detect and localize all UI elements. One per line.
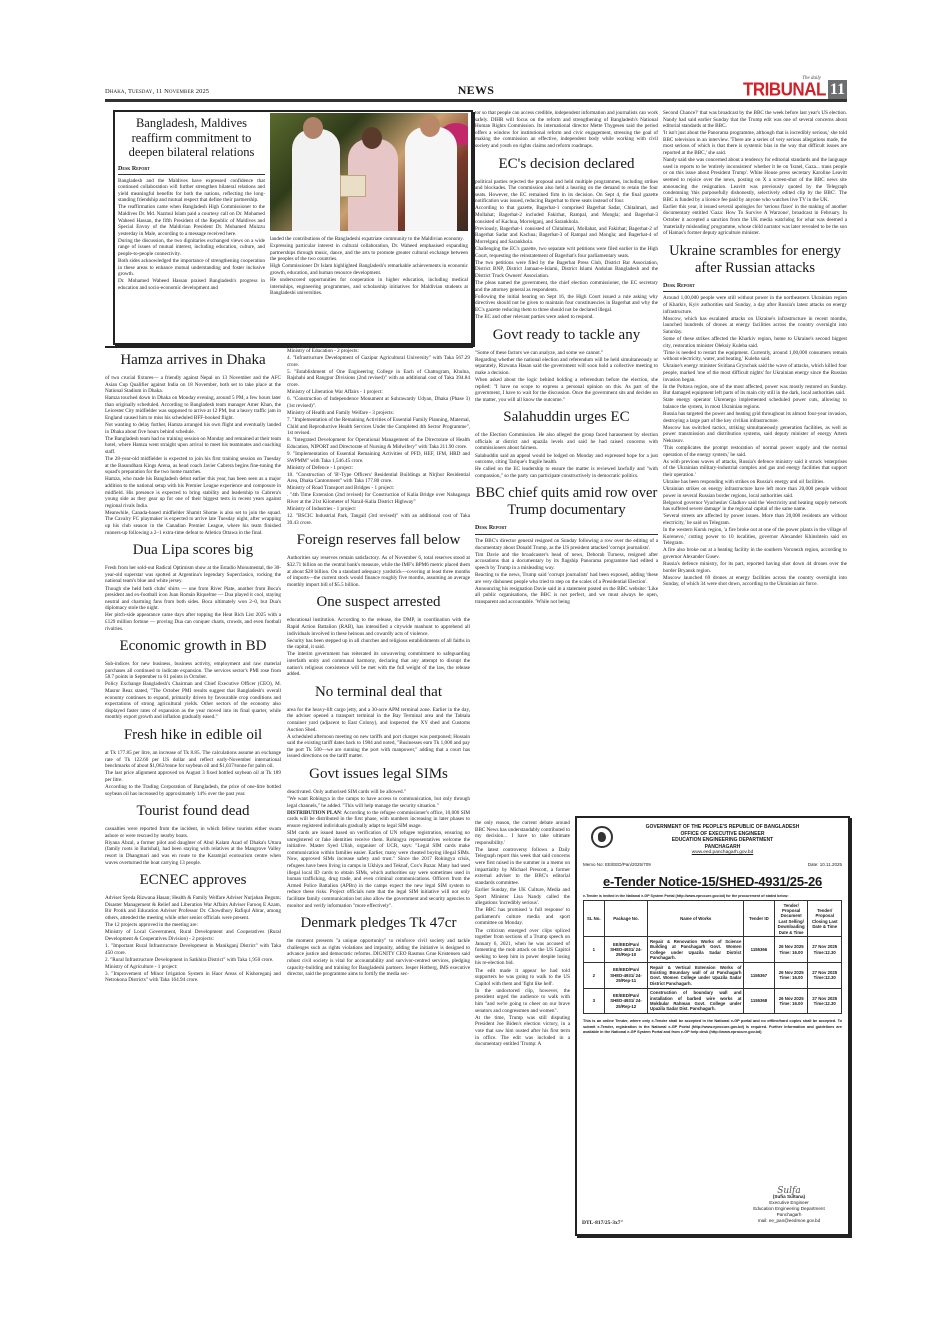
paragraph: Announcing his resignation Davie said in… [475,586,658,606]
cell-closing-date: 27 Nov 2025 Time:12.30 [808,988,842,1014]
paragraph: educational institution. According to th… [287,617,470,637]
paragraph: at Tk 177.85 per litre, an increase of T… [105,750,281,770]
paragraph: the moment presents "a unique opportunit… [287,938,470,978]
paragraph: Ministry of Defence - 1 project: [287,465,470,472]
paragraph: area for the heavy-lift cargo jetty, and… [287,707,470,733]
cell-works: Construction of boundary wall and instal… [648,988,743,1014]
paragraph: Belgorod governor Vyacheslav Gladkov sai… [663,500,847,513]
paragraph: In the undoctored clip, however, the pre… [475,988,570,1014]
photo-person-right [405,127,457,231]
tender-title: e-Tender Notice-15/SHED-4931/25-26 [583,874,842,889]
column-header: SL No. [584,901,605,937]
cell-closing-date: 27 Nov 2025 Time:12.30 [808,963,842,989]
paragraph: the only reason, the current debate arou… [475,820,570,846]
paragraph: Security has been stepped up in all chur… [287,638,470,651]
paragraph: The last price alignment approved on Aug… [105,770,281,783]
paragraph: Meanwhile, Canada-based midfielder Shami… [105,510,281,536]
ukraine-byline: Desk Report [663,283,847,293]
cell-sl: 2 [584,963,605,989]
cell-package: EE/EED/Pan/ SHED-4931/ 24-25/Rep-12 [604,988,648,1014]
paragraph: political parties rejected the proposal … [475,179,658,205]
paragraph: Policy Exchange Bangladesh's Chairman an… [105,681,281,721]
column-header: Tender ID [743,901,774,937]
cell-sl: 3 [584,988,605,1014]
paragraph: Salahuddin said an appeal would be lodge… [475,453,658,466]
paragraph: Riyana Abzal, a former pilot and daughte… [105,840,281,866]
cell-closing-date: 27 Nov 2025 Time:12.30 [808,937,842,963]
paragraph: The two petitions were filed by the Bage… [475,260,658,280]
signer-mail: mail: ee_pan@eedmoe.gov.bd [744,1218,834,1224]
paragraph: "Some of these factors we can analyze, a… [475,350,658,357]
paragraph: The interim government has reiterated it… [287,651,470,677]
newspaper-logo: The daily TRIBUNAL 11 [743,79,847,99]
headline-dua-lipa: Dua Lipa scores big [105,542,281,559]
paragraph: of two crucial fixtures— a friendly agai… [105,375,281,395]
paragraph: 12. "BSCIC Industrial Park, Tangail (3rd… [287,513,470,526]
photo-person-left [292,129,340,231]
paragraph: 2. "Rural Infrastructure Development in … [105,957,281,964]
paragraph: According to that gazette, Bagerhat-1 co… [475,205,658,225]
headline-ecnec: ECNEC approves [105,872,281,889]
paragraph: Dr. Mohamed Waheed Hassan praised Bangla… [118,278,265,291]
paragraph: Russia has targeted the power and heatin… [663,411,847,424]
paragraph: Not wanting to delay further, Hamza arra… [105,422,281,435]
paragraph: 'Time is needed to restart the equipment… [663,350,847,363]
paragraph: He called on the EC leadership to ensure… [475,466,658,479]
cell-sl: 1 [584,937,605,963]
lead-left-column: Bangladesh, Maldives reaffirm commitment… [118,114,265,292]
paragraph: Fresh from her sold-out Radical Optimism… [105,565,281,585]
paragraph: Ukrainian strikes on energy infrastructu… [663,486,847,499]
paragraph: Ministry of Road Transport and Bridges -… [287,485,470,492]
tender-memo: Memo No: EE/EED/Pan/2025/709 [583,862,651,867]
paragraph: . "4th Time Extension (2nd revised) for … [287,492,470,505]
paragraph: In the western Kursk region, 'a fire bro… [663,527,847,547]
paragraph: Following the initial hearing on Sept 16… [475,294,658,314]
cell-selling-date: 26 Nov 2025 Time: 16.00 [774,963,808,989]
paragraph: Adviser Syeda Rizwana Hasan; Health & Fa… [105,895,281,921]
paragraph: 'It isn't just about the Panorama progra… [663,130,847,156]
headline-bbc-chief: BBC chief quits amid row over Trump docu… [475,485,658,519]
column-header: Package No. [604,901,648,937]
paragraph: He underscored opportunities for coopera… [270,277,468,297]
paragraph: Ministry of Education - 2 projects: [287,348,470,355]
paragraph: The 28-year-old midfielder is expected t… [105,456,281,476]
paragraph: 'This complicates the prompt restoration… [663,445,847,458]
headline-legal-sims: Govt issues legal SIMs [287,766,470,783]
headline-terminal-deal: No terminal deal that [287,684,470,701]
divider [105,346,473,348]
paragraph: Russia's defence ministry, for its part,… [663,561,847,574]
paragraph: High Commissioner Dr Islam highlighted B… [270,263,468,276]
tender-date: Date: 10.11.2025 [808,862,842,867]
paragraph: The 12 projects approved in the meeting … [105,922,281,929]
subhead-distribution-plan: DISTRIBUTION PLAN [287,810,341,816]
tender-website: www.eed.panchagarh.gov.bd [603,850,842,855]
bbc-byline: Desk Report [475,525,658,535]
paragraph: Moscow has switched tactics, striking si… [663,425,847,445]
lead-body-1: Bangladesh and the Maldives have express… [118,178,265,292]
column-header: Name of Works [648,901,743,937]
paragraph: Expressing particular interest in cultur… [270,243,468,263]
headline-tourist-dead: Tourist found dead [105,803,281,820]
paragraph: 7. "Implementation of the Remaining Acti… [287,417,470,437]
column-b: Ministry of Education - 2 projects: 4. "… [287,348,470,978]
paragraph: The latest controversy follows a Daily T… [475,847,570,887]
paragraph: Ministry of Industries - 1 project: [287,506,470,513]
column-c-narrow: the only reason, the current debate arou… [475,820,570,1048]
paragraph: deactivated. Only authorised SIM cards w… [287,789,470,796]
paragraph: Bangladesh and the Maldives have express… [118,178,265,204]
paragraph: Hamza, who made his Bangladesh debut ear… [105,476,281,509]
paragraph: Ukraine has been responding with strikes… [663,479,847,486]
paragraph: 10. "Construction of 'B'-Type Officers' … [287,472,470,485]
headline-salahuddin: Salahuddin urges EC [475,409,658,426]
paragraph: Nandy said she was concerned about a ten… [663,157,847,203]
paragraph: DISTRIBUTION PLAN: According to the refu… [287,810,470,830]
headline-denmark-pledges: Denmark pledges Tk 47cr [287,915,470,932]
cell-tender-id: 1155367 [743,963,774,989]
paragraph: The BBC's director general resigned on S… [475,538,658,551]
paragraph: During the discussion, the two dignitari… [118,238,265,258]
cell-works: Repair & Vertical Extension Works of Exi… [648,963,743,989]
lead-byline: Desk Report [118,166,265,175]
paragraph: lauded the contributions of the Banglade… [270,236,468,243]
paragraph: SIM cards are issued based on verificati… [287,830,470,909]
paragraph: Sub-indices for new business, business a… [105,661,281,681]
section-title: NEWS [105,83,847,98]
cell-selling-date: 26 Nov 2025 Time: 16.00 [774,988,808,1014]
headline-ec-decision: EC's decision declared [475,156,658,173]
tender-table-header: SL No. Package No. Name of Works Tender … [584,901,842,937]
column-header: Tender/ Proposal Closing Last Date & Tim… [808,901,842,937]
paragraph: Authorities say reserves remain satisfac… [287,555,470,588]
cell-tender-id: 1155366 [743,937,774,963]
lead-story-box: Bangladesh, Maldives reaffirm commitment… [113,110,473,345]
paragraph: 'Several streets are affected by power i… [663,513,847,526]
paragraph: State energy operator Ukrenergo implemen… [663,397,847,410]
newspaper-page: Dhaka, Tuesday, 11 November 2025 NEWS Th… [105,78,847,1258]
photo-crest-gift [340,175,366,197]
lead-headline: Bangladesh, Maldives reaffirm commitment… [118,116,265,160]
table-row: 3 EE/EED/Pan/ SHED-4931/ 24-25/Rep-12 Co… [584,988,842,1014]
lead-photo [270,113,468,231]
paragraph: of the Election Commission. He also alle… [475,432,658,452]
government-seal-icon [591,826,613,848]
tender-note: This is an online Tender, where only e-T… [583,1019,842,1035]
paragraph: Ministry of Local Government, Rural Deve… [105,929,281,942]
paragraph: Ministry of Agriculture - 1 project: [105,964,281,971]
paragraph: In the Poltava region, one of the most a… [663,384,847,397]
headline-hamza: Hamza arrives in Dhaka [105,352,281,369]
paragraph: Earlier Sunday, the UK Culture, Media an… [475,887,570,907]
paragraph: 5. "Establishment of One Engineering Col… [287,369,470,389]
column-header: Tender/ Proposal Document Last Selling/ … [774,901,808,937]
paragraph: The EC and other relevant parties were a… [475,314,658,321]
paragraph: Previously, Bagerhat-1 consisted of Chit… [475,226,658,246]
paragraph: At the time, Trump was still disputing P… [475,1015,570,1048]
headline-edible-oil: Fresh hike in edible oil [105,727,281,744]
paragraph: Second Chance?' that was broadcast by th… [663,110,847,130]
column-d: Second Chance?' that was broadcast by th… [663,110,847,588]
paragraph: A scheduled afternoon meeting on new tar… [287,734,470,760]
headline-economic-growth: Economic growth in BD [105,638,281,655]
paragraph: 9. "Implementation of Essential Remainin… [287,451,470,464]
headline-foreign-reserves: Foreign reserves fall below [287,532,470,549]
photo-head-center [362,127,382,149]
paragraph: Both sides acknowledged the importance o… [118,258,265,278]
paragraph: tor so that people can access credible, … [475,110,658,150]
paragraph: Some of these strikes affected the Khark… [663,336,847,349]
table-row: 2 EE/EED/Pan/ SHED-4931/ 24-25/Rep-11 Re… [584,963,842,989]
masthead: Dhaka, Tuesday, 11 November 2025 NEWS Th… [105,78,847,102]
tender-header: GOVERNMENT OF THE PEOPLE'S REPUBLIC OF B… [603,824,842,850]
logo-wordmark: TRIBUNAL [743,80,826,100]
paragraph: 6. "Construction of Independence Monumen… [287,396,470,409]
paragraph: Challenging the EC's gazette, two separa… [475,246,658,259]
paragraph: casualties were reported from the incide… [105,826,281,839]
paragraph: The BBC has promised 'a full response' t… [475,907,570,927]
cell-selling-date: 26 Nov 2025 Time: 16.00 [774,937,808,963]
paragraph: Hamza touched down in Dhaka on Monday ev… [105,395,281,421]
paragraph: The pleas named the government, the chie… [475,280,658,293]
cell-tender-id: 1155368 [743,988,774,1014]
paragraph: 3. "Improvement of Minor Irrigation Syst… [105,971,281,984]
column-a: Hamza arrives in Dhaka of two crucial fi… [105,348,281,984]
headline-suspect-arrested: One suspect arrested [287,594,470,611]
paragraph: Regarding whether the national election … [475,357,658,377]
paragraph: The edit made it appear he had told supp… [475,968,570,988]
paragraph: The criticism emerged over clips spliced… [475,928,570,968]
paragraph: Around 1,00,000 people were still withou… [663,295,847,315]
cell-package: EE/EED/Pan/ SHED-4931/ 24-25/Rep-10 [604,937,648,963]
paragraph: Reacting to the news, Trump said 'corrup… [475,572,658,585]
paragraph: Her pitch-side appearance came days afte… [105,612,281,632]
paragraph: When asked about the logic behind holdin… [475,377,658,403]
paragraph: Moscow, which has escalated attacks on U… [663,316,847,336]
paragraph: A fire also broke out at a heating facil… [663,547,847,560]
paragraph: Earlier this year, it issued several apo… [663,204,847,237]
paragraph: Tim Davie and the broadcaster's head of … [475,552,658,572]
table-row: 1 EE/EED/Pan/ SHED-4931/ 24-25/Rep-10 Re… [584,937,842,963]
headline-ukraine: Ukraine scrambles for energy after Russi… [663,243,847,277]
paragraph: "We want Rohingya in the camps to have a… [287,796,470,809]
paragraph: 1. "Important Rural Infrastructure Devel… [105,943,281,956]
tender-table: SL No. Package No. Name of Works Tender … [583,900,842,1014]
cell-works: Repair & Renovation Works of Science Bui… [648,937,743,963]
tender-memo-row: Memo No: EE/EED/Pan/2025/709 Date: 10.11… [583,862,842,867]
paragraph: Ministry of Liberation War Affairs - 1 p… [287,389,470,396]
paragraph: Moscow launched 69 drones at energy faci… [663,575,847,588]
tender-advertisement: GOVERNMENT OF THE PEOPLE'S REPUBLIC OF B… [575,816,850,1236]
paragraph: The Bangladesh team had no training sess… [105,436,281,456]
tender-signature-block: Sulfa (Sufia Sultana) Executive Engineer… [744,1188,834,1224]
photo-head-left [303,117,323,139]
paragraph: 8. "Integrated Development for Operation… [287,437,470,450]
dtl-code: DTL-817/25-3x7" [582,1220,624,1226]
headline-govt-ready: Govt ready to tackle any [475,327,658,344]
paragraph: 4. "Infrastructure Development of Gazipu… [287,355,470,368]
photo-head-right [420,115,440,137]
column-c: tor so that people can access credible, … [475,110,658,606]
tender-intro: e-Tender is invited in the National e-GP… [583,894,842,898]
paragraph: Ukraine's energy minister Svitlana Grync… [663,363,847,383]
paragraph: According to the Trading Corporation of … [105,784,281,797]
paragraph: The reaffirmation came when Bangladesh H… [118,204,265,237]
paragraph: Though she held both clubs' shirts — one… [105,586,281,612]
paragraph: As with previous waves of attacks, Russi… [663,459,847,479]
paragraph: Ministry of Health and Family Welfare - … [287,410,470,417]
lead-body-2: lauded the contributions of the Banglade… [270,236,468,297]
page-number: 11 [828,80,847,99]
cell-package: EE/EED/Pan/ SHED-4931/ 24-25/Rep-11 [604,963,648,989]
